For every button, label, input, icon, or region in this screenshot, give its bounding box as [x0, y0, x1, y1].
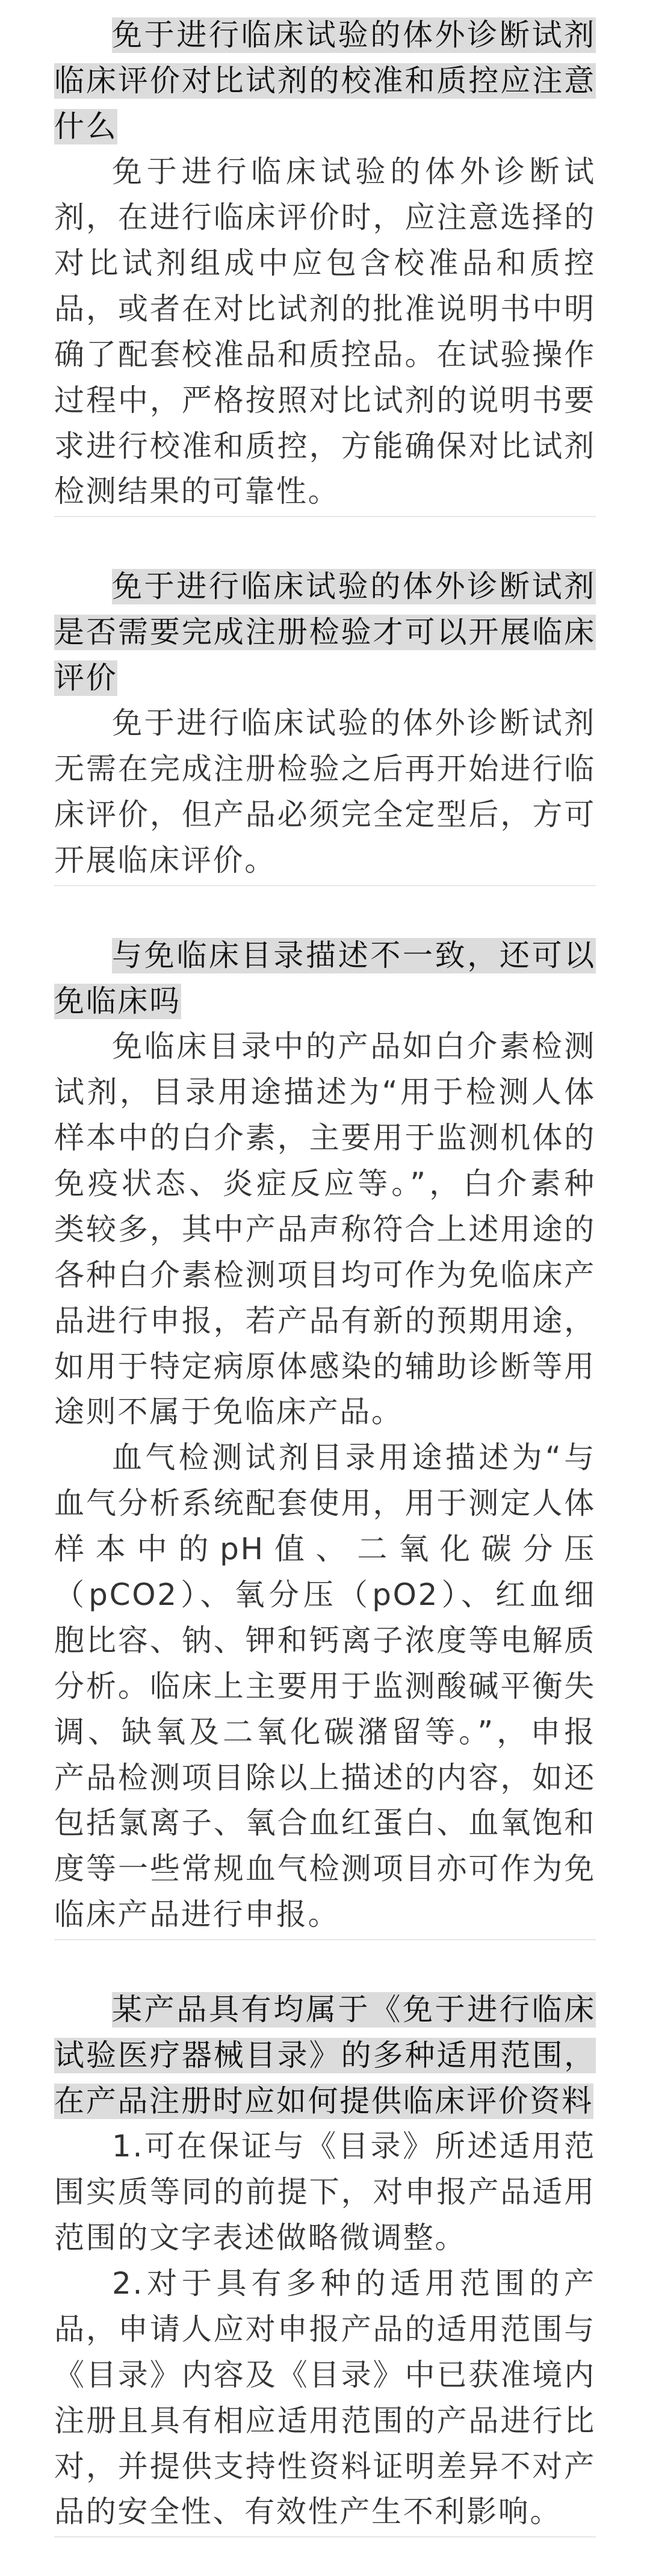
paragraph-line: 床评价，但产品必须完全定型后，方可 — [54, 792, 596, 838]
paragraph-line: 胞比容、钠、钾和钙离子浓度等电解质 — [54, 1618, 596, 1664]
paragraph-line: 度等一些常规血气检测项目亦可作为免 — [54, 1846, 596, 1892]
paragraph-line: 调、缺氧及二氧化碳潴留等。”，申报 — [54, 1710, 596, 1755]
paragraph-line: 各种白介素检测项目均可作为免临床产 — [54, 1253, 596, 1299]
paragraph-line: 2.对于具有多种的适用范围的产 — [54, 2261, 596, 2307]
paragraph-line: 血气检测试剂目录用途描述为“与 — [54, 1435, 596, 1481]
heading-line: 什么 — [54, 104, 596, 149]
faq-section: 与免临床目录描述不一致，还可以 免临床吗 免临床目录中的产品如白介素检测 试剂，… — [54, 933, 596, 1938]
heading-highlight: 与免临床目录描述不一致，还可以 — [112, 938, 596, 973]
paragraph-line: 样本中的pH值、二氧化碳分压 — [54, 1527, 596, 1572]
paragraph: 1.可在保证与《目录》所述适用范 围实质等同的前提下，对申报产品适用 范围的文字… — [54, 2124, 596, 2261]
paragraph: 免于进行临床试验的体外诊断试剂 无需在完成注册检验之后再开始进行临 床评价，但产… — [54, 701, 596, 884]
section-heading: 与免临床目录描述不一致，还可以 免临床吗 — [54, 933, 596, 1025]
paragraph-line: 确了配套校准品和质控品。在试验操作 — [54, 332, 596, 378]
paragraph-line: 剂，在进行临床评价时，应注意选择的 — [54, 195, 596, 241]
paragraph-line: 血气分析系统配套使用，用于测定人体 — [54, 1481, 596, 1527]
section-divider — [54, 885, 596, 886]
faq-section: 某产品具有均属于《免于进行临床 试验医疗器械目录》的多种适用范围， 在产品注册时… — [54, 1987, 596, 2536]
paragraph-line: 无需在完成注册检验之后再开始进行临 — [54, 746, 596, 792]
paragraph-line: 求进行校准和质控，方能确保对比试剂 — [54, 424, 596, 470]
heading-line: 试验医疗器械目录》的多种适用范围， — [54, 2033, 596, 2079]
paragraph: 血气检测试剂目录用途描述为“与 血气分析系统配套使用，用于测定人体 样本中的pH… — [54, 1435, 596, 1938]
paragraph-line: 类较多，其中产品声称符合上述用途的 — [54, 1207, 596, 1253]
paragraph: 免临床目录中的产品如白介素检测 试剂，目录用途描述为“用于检测人体 样本中的白介… — [54, 1024, 596, 1435]
paragraph-line: 分析。临床上主要用于监测酸碱平衡失 — [54, 1664, 596, 1710]
paragraph-line: 试剂，目录用途描述为“用于检测人体 — [54, 1070, 596, 1116]
paragraph-line: 产品检测项目除以上描述的内容，如还 — [54, 1755, 596, 1801]
paragraph-line: 免临床目录中的产品如白介素检测 — [54, 1024, 596, 1070]
paragraph-line: 免于进行临床试验的体外诊断试 — [54, 149, 596, 195]
paragraph-line: （pCO2）、氧分压（pO2）、红血细 — [54, 1572, 596, 1618]
heading-line: 与免临床目录描述不一致，还可以 — [54, 933, 596, 979]
heading-highlight: 是否需要完成注册检验才可以开展临床 — [54, 615, 596, 650]
paragraph-line: 1.可在保证与《目录》所述适用范 — [54, 2124, 596, 2170]
section-heading: 某产品具有均属于《免于进行临床 试验医疗器械目录》的多种适用范围， 在产品注册时… — [54, 1987, 596, 2124]
paragraph: 免于进行临床试验的体外诊断试 剂，在进行临床评价时，应注意选择的 对比试剂组成中… — [54, 149, 596, 515]
paragraph-line: 检测结果的可靠性。 — [54, 469, 596, 515]
paragraph-line: 品，或者在对比试剂的批准说明书中明 — [54, 287, 596, 332]
paragraph-line: 临床产品进行申报。 — [54, 1892, 596, 1938]
paragraph: 2.对于具有多种的适用范围的产 品，申请人应对申报产品的适用范围与 《目录》内容… — [54, 2261, 596, 2535]
heading-highlight: 试验医疗器械目录》的多种适用范围， — [54, 2038, 596, 2073]
heading-line: 免临床吗 — [54, 978, 596, 1024]
heading-line: 评价 — [54, 656, 596, 701]
heading-highlight: 评价 — [54, 660, 117, 696]
paragraph-line: 范围的文字表述做略微调整。 — [54, 2215, 596, 2261]
paragraph-line: 免于进行临床试验的体外诊断试剂 — [54, 701, 596, 746]
paragraph-line: 注册且具有相应适用范围的产品进行比 — [54, 2398, 596, 2444]
paragraph-line: 包括氯离子、氧合血红蛋白、血氧饱和 — [54, 1801, 596, 1846]
paragraph-line: 样本中的白介素，主要用于监测机体的 — [54, 1116, 596, 1161]
paragraph-line: 品进行申报，若产品有新的预期用途， — [54, 1299, 596, 1344]
faq-section: 免于进行临床试验的体外诊断试剂 是否需要完成注册检验才可以开展临床 评价 免于进… — [54, 564, 596, 884]
heading-line: 是否需要完成注册检验才可以开展临床 — [54, 610, 596, 656]
heading-line: 临床评价对比试剂的校准和质控应注意 — [54, 58, 596, 104]
paragraph-line: 《目录》内容及《目录》中已获准境内 — [54, 2353, 596, 2398]
faq-section: 免于进行临床试验的体外诊断试剂 临床评价对比试剂的校准和质控应注意 什么 免于进… — [54, 13, 596, 515]
paragraph-line: 围实质等同的前提下，对申报产品适用 — [54, 2170, 596, 2215]
paragraph-line: 途则不属于免临床产品。 — [54, 1389, 596, 1435]
heading-highlight: 在产品注册时应如何提供临床评价资料 — [54, 2084, 593, 2119]
heading-line: 某产品具有均属于《免于进行临床 — [54, 1987, 596, 2033]
heading-highlight: 临床评价对比试剂的校准和质控应注意 — [54, 63, 596, 99]
paragraph-line: 过程中，严格按照对比试剂的说明书要 — [54, 378, 596, 424]
heading-highlight: 免于进行临床试验的体外诊断试剂 — [112, 17, 596, 53]
article: 免于进行临床试验的体外诊断试剂 临床评价对比试剂的校准和质控应注意 什么 免于进… — [54, 0, 596, 2537]
section-heading: 免于进行临床试验的体外诊断试剂 临床评价对比试剂的校准和质控应注意 什么 — [54, 13, 596, 150]
heading-line: 免于进行临床试验的体外诊断试剂 — [54, 13, 596, 58]
heading-highlight: 免临床吗 — [54, 984, 181, 1019]
section-heading: 免于进行临床试验的体外诊断试剂 是否需要完成注册检验才可以开展临床 评价 — [54, 564, 596, 701]
heading-highlight: 什么 — [54, 109, 117, 144]
heading-highlight: 免于进行临床试验的体外诊断试剂 — [112, 569, 596, 604]
paragraph-line: 品的安全性、有效性产生不利影响。 — [54, 2489, 596, 2535]
heading-highlight: 某产品具有均属于《免于进行临床 — [112, 1992, 596, 2028]
section-divider — [54, 2536, 596, 2537]
paragraph-line: 开展临床评价。 — [54, 838, 596, 884]
paragraph-line: 免疫状态、炎症反应等。”，白介素种 — [54, 1161, 596, 1207]
paragraph-line: 对比试剂组成中应包含校准品和质控 — [54, 241, 596, 287]
paragraph-line: 对，并提供支持性资料证明差异不对产 — [54, 2444, 596, 2490]
paragraph-line: 品，申请人应对申报产品的适用范围与 — [54, 2307, 596, 2353]
heading-line: 在产品注册时应如何提供临床评价资料 — [54, 2078, 596, 2124]
section-divider — [54, 516, 596, 517]
paragraph-line: 如用于特定病原体感染的辅助诊断等用 — [54, 1344, 596, 1390]
heading-line: 免于进行临床试验的体外诊断试剂 — [54, 564, 596, 610]
section-divider — [54, 1939, 596, 1940]
